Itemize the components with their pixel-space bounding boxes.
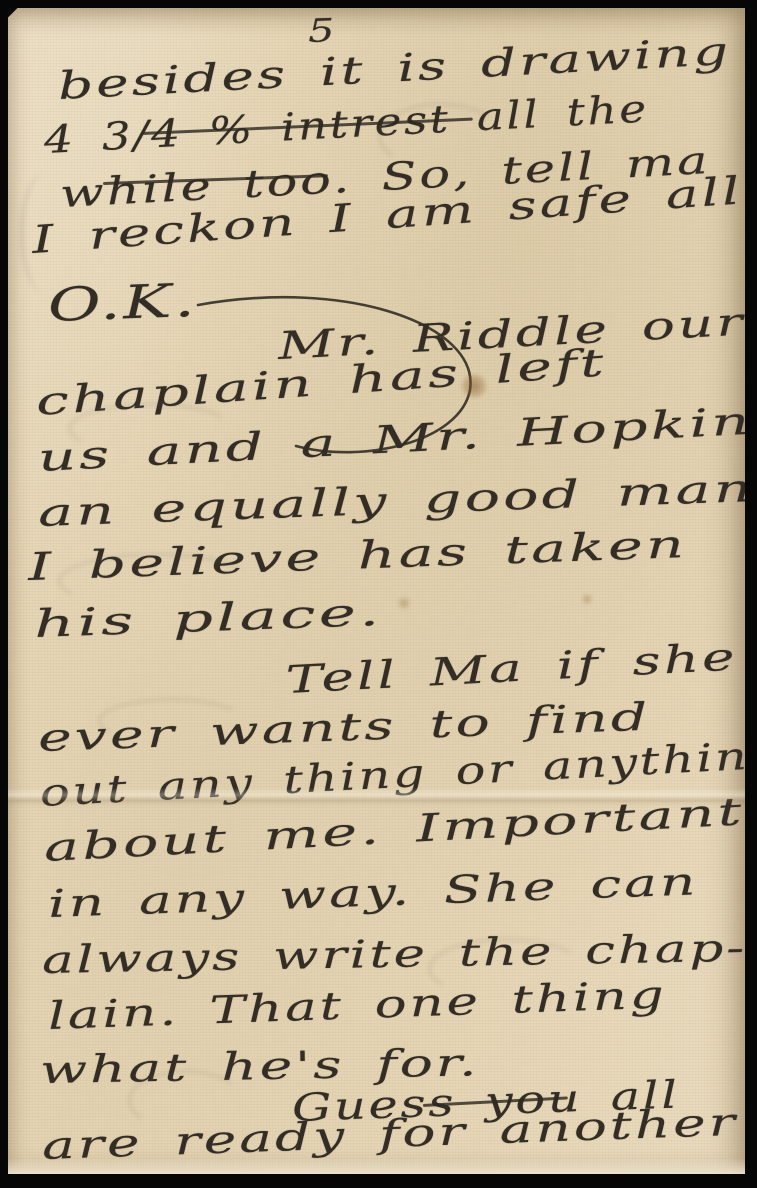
bleed-through-mark <box>98 698 244 744</box>
bleed-through-mark <box>428 938 584 999</box>
page-number: 5 <box>307 11 337 50</box>
letter-line: in any way. She can <box>47 859 699 926</box>
bleed-through-mark <box>20 173 69 293</box>
bleed-through-mark <box>128 1070 244 1131</box>
letter-line: Tell Ma if she <box>285 634 739 702</box>
stain-spot <box>396 596 412 610</box>
flourish-stroke <box>148 280 508 480</box>
bleed-through-mark <box>378 103 504 169</box>
corner-chip <box>8 8 18 18</box>
scanned-letter-page: 5 besides it is drawing 4 3/4 % intrest … <box>0 0 757 1188</box>
stain-spot <box>580 593 594 605</box>
bleed-through-mark <box>58 553 254 609</box>
fold-crease <box>8 788 745 808</box>
letter-paper: 5 besides it is drawing 4 3/4 % intrest … <box>8 8 745 1174</box>
bleed-through-mark <box>68 403 234 454</box>
stain-spot <box>460 374 488 398</box>
